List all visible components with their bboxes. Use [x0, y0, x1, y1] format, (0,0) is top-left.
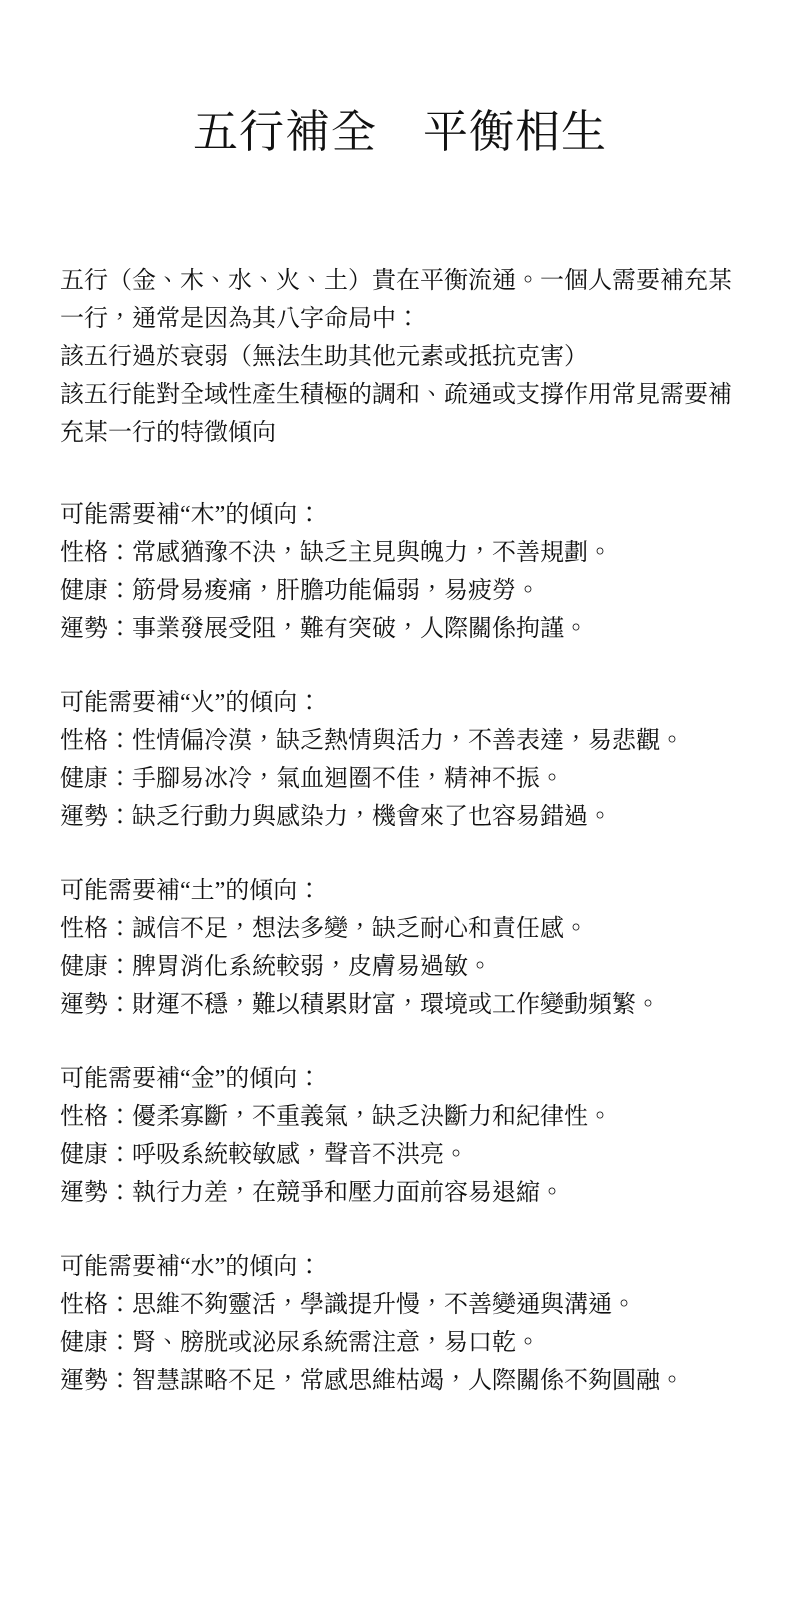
- section-heading: 可能需要補“火”的傾向：: [60, 684, 740, 722]
- trait-line-character: 性格：性情偏冷漠，缺乏熱情與活力，不善表達，易悲觀。: [60, 722, 740, 760]
- document-body: 五行（金、木、水、火、土）貴在平衡流通。一個人需要補充某一行，通常是因為其八字命…: [60, 262, 740, 1400]
- trait-line-health: 健康：手腳易冰冷，氣血迴圈不佳，精神不振。: [60, 760, 740, 798]
- trait-line-fortune: 運勢：財運不穩，難以積累財富，環境或工作變動頻繁。: [60, 986, 740, 1024]
- trait-line-character: 性格：誠信不足，想法多變，缺乏耐心和責任感。: [60, 910, 740, 948]
- trait-line-character: 性格：常感猶豫不決，缺乏主見與魄力，不善規劃。: [60, 534, 740, 572]
- trait-line-health: 健康：筋骨易痠痛，肝膽功能偏弱，易疲勞。: [60, 572, 740, 610]
- trait-line-character: 性格：優柔寡斷，不重義氣，缺乏決斷力和紀律性。: [60, 1098, 740, 1136]
- trait-line-fortune: 運勢：缺乏行動力與感染力，機會來了也容易錯過。: [60, 798, 740, 836]
- section-heading: 可能需要補“金”的傾向：: [60, 1060, 740, 1098]
- section-wood: 可能需要補“木”的傾向： 性格：常感猶豫不決，缺乏主見與魄力，不善規劃。 健康：…: [60, 496, 740, 648]
- trait-line-health: 健康：脾胃消化系統較弱，皮膚易過敏。: [60, 948, 740, 986]
- intro-paragraph: 五行（金、木、水、火、土）貴在平衡流通。一個人需要補充某一行，通常是因為其八字命…: [60, 262, 740, 338]
- section-water: 可能需要補“水”的傾向： 性格：思維不夠靈活，學識提升慢，不善變通與溝通。 健康…: [60, 1248, 740, 1400]
- section-earth: 可能需要補“土”的傾向： 性格：誠信不足，想法多變，缺乏耐心和責任感。 健康：脾…: [60, 872, 740, 1024]
- intro-paragraph: 該五行過於衰弱（無法生助其他元素或抵抗克害）: [60, 338, 740, 376]
- intro-paragraph: 該五行能對全域性產生積極的調和、疏通或支撐作用常見需要補充某一行的特徵傾向: [60, 376, 740, 452]
- trait-line-health: 健康：呼吸系統較敏感，聲音不洪亮。: [60, 1136, 740, 1174]
- trait-line-fortune: 運勢：事業發展受阻，難有突破，人際關係拘謹。: [60, 610, 740, 648]
- intro-paragraphs: 五行（金、木、水、火、土）貴在平衡流通。一個人需要補充某一行，通常是因為其八字命…: [60, 262, 740, 452]
- section-fire: 可能需要補“火”的傾向： 性格：性情偏冷漠，缺乏熱情與活力，不善表達，易悲觀。 …: [60, 684, 740, 836]
- section-heading: 可能需要補“木”的傾向：: [60, 496, 740, 534]
- document-page: 五行補全 平衡相生 五行（金、木、水、火、土）貴在平衡流通。一個人需要補充某一行…: [0, 0, 800, 1600]
- trait-line-health: 健康：腎、膀胱或泌尿系統需注意，易口乾。: [60, 1324, 740, 1362]
- page-title: 五行補全 平衡相生: [60, 102, 740, 162]
- section-metal: 可能需要補“金”的傾向： 性格：優柔寡斷，不重義氣，缺乏決斷力和紀律性。 健康：…: [60, 1060, 740, 1212]
- section-heading: 可能需要補“水”的傾向：: [60, 1248, 740, 1286]
- trait-line-fortune: 運勢：智慧謀略不足，常感思維枯竭，人際關係不夠圓融。: [60, 1362, 740, 1400]
- trait-line-fortune: 運勢：執行力差，在競爭和壓力面前容易退縮。: [60, 1174, 740, 1212]
- section-heading: 可能需要補“土”的傾向：: [60, 872, 740, 910]
- trait-line-character: 性格：思維不夠靈活，學識提升慢，不善變通與溝通。: [60, 1286, 740, 1324]
